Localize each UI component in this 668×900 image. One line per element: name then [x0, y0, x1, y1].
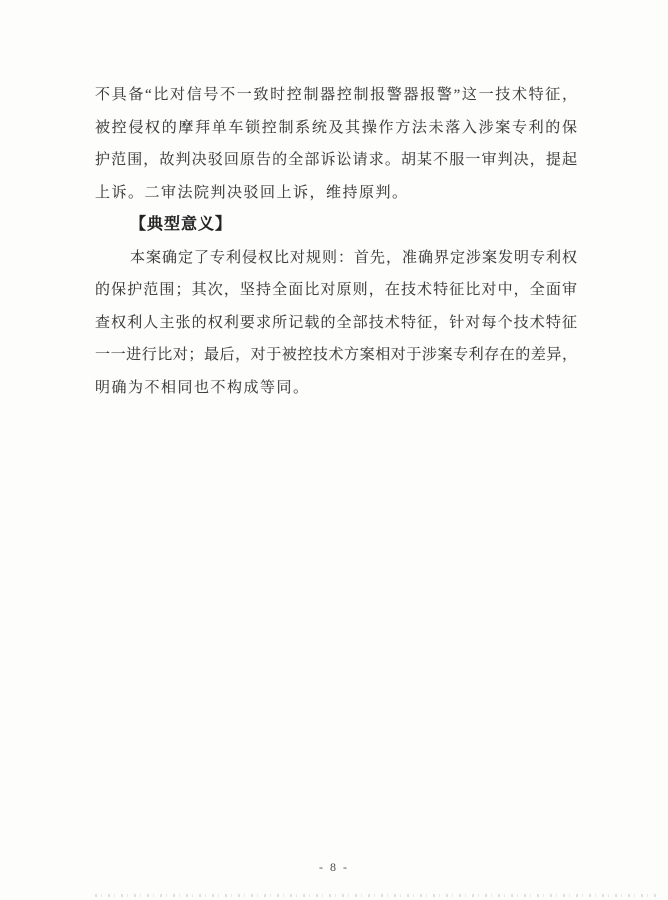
text-line: 不具备“比对信号不一致时控制器控制报警器报警”这一技术特征，	[95, 79, 577, 112]
text-line: 一一进行比对；最后，对于被控技术方案相对于涉案专利存在的差异，	[95, 339, 577, 372]
document-text-block: 不具备“比对信号不一致时控制器控制报警器报警”这一技术特征， 被控侵权的摩拜单车…	[95, 79, 577, 404]
text-line: 明确为不相同也不构成等同。	[95, 372, 577, 405]
scan-edge-artifact	[95, 894, 660, 897]
text-line: 护范围，故判决驳回原告的全部诉讼请求。胡某不服一审判决，提起	[95, 144, 577, 177]
text-line: 查权利人主张的权利要求所记载的全部技术特征，针对每个技术特征	[95, 307, 577, 340]
section-heading: 【典型意义】	[95, 209, 577, 242]
text-line: 的保护范围；其次，坚持全面比对原则，在技术特征比对中，全面审	[95, 274, 577, 307]
text-line: 上诉。二审法院判决驳回上诉，维持原判。	[95, 177, 577, 210]
document-page: 不具备“比对信号不一致时控制器控制报警器报警”这一技术特征， 被控侵权的摩拜单车…	[0, 0, 668, 900]
text-line: 被控侵权的摩拜单车锁控制系统及其操作方法未落入涉案专利的保	[95, 112, 577, 145]
page-number: - 8 -	[0, 860, 668, 875]
text-line: 本案确定了专利侵权比对规则：首先，准确界定涉案发明专利权	[95, 242, 577, 275]
